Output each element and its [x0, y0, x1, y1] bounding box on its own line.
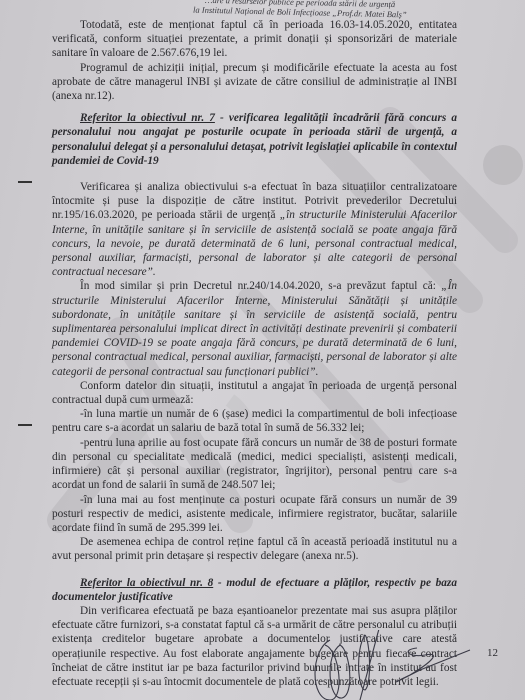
objective-8-label: Referitor la obiectivul nr. 8 — [80, 577, 213, 589]
body-text: Totodată, este de menționat faptul că în… — [52, 18, 457, 689]
document-page: …are a resurselor publice pe perioada st… — [0, 0, 525, 700]
margin-mark — [18, 424, 32, 426]
list-item-april: -pentru luna aprilie au fost ocupate făr… — [52, 436, 457, 493]
signature — [300, 630, 500, 700]
paragraph-hiring-data: Conform datelor din situații, institutul… — [52, 379, 457, 407]
list-item-may: -în luna mai au fost menținute ca postur… — [52, 493, 457, 536]
paragraph-donations: Totodată, este de menționat faptul că în… — [52, 18, 457, 61]
decree-240-quote: „În structurile Ministerului Afacerilor … — [52, 280, 457, 377]
objective-8-heading: Referitor la obiectivul nr. 8 - modul de… — [52, 576, 457, 604]
paragraph-decree-240: În mod similar și prin Decretul nr.240/1… — [52, 279, 457, 378]
objective-7-heading: Referitor la obiectivul nr. 7 - verifica… — [52, 111, 457, 168]
paragraph-secondment: De asemenea echipa de control reține fap… — [52, 535, 457, 563]
margin-mark — [18, 181, 32, 183]
paragraph-procurement: Programul de achiziții inițial, precum ș… — [52, 61, 457, 104]
objective-7-label: Referitor la obiectivul nr. 7 — [80, 112, 215, 124]
list-item-march: -în luna martie un număr de 6 (șase) med… — [52, 407, 457, 435]
paragraph-decree-195: Verificarea și analiza obiectivului s-a … — [52, 180, 457, 279]
decree-240-text: În mod similar și prin Decretul nr.240/1… — [80, 280, 441, 292]
